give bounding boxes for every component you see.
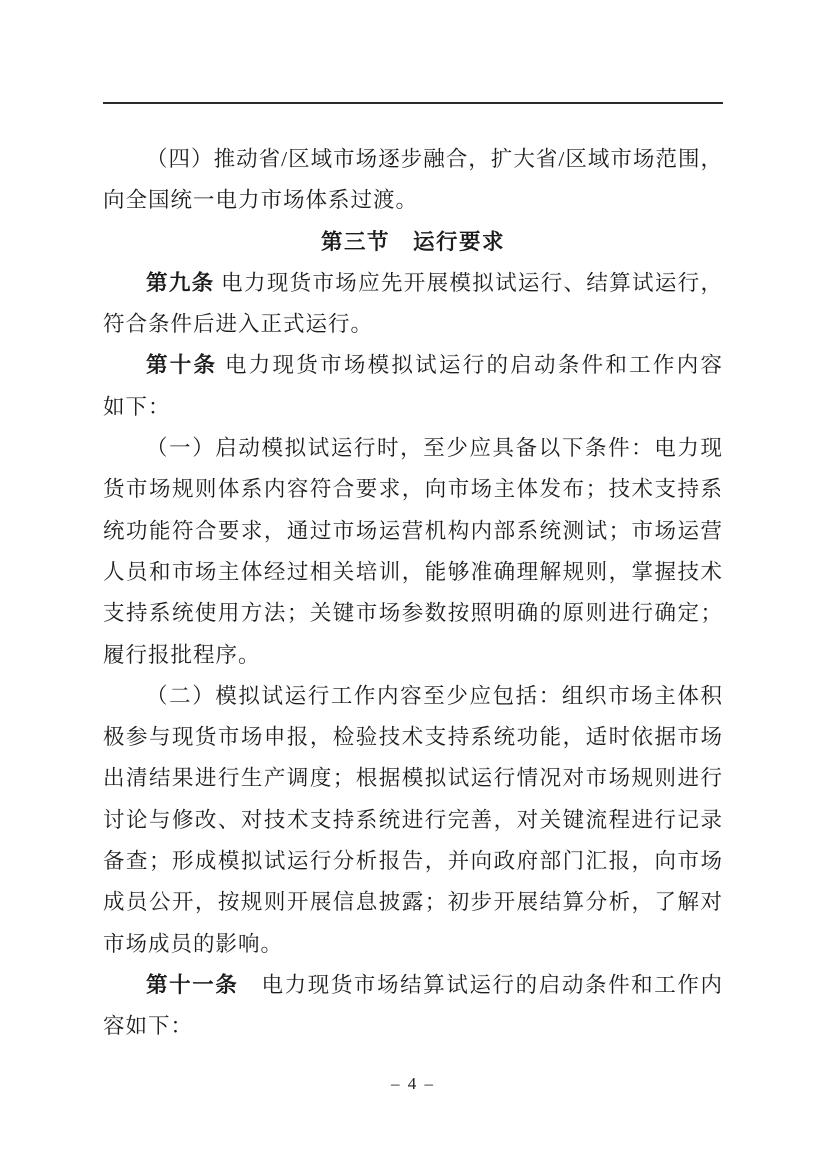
bold-text-segment: 第三节 运行要求	[321, 230, 505, 254]
text-line: 支持系统使用方法；关键市场参数按照明确的原则进行确定；	[103, 593, 723, 634]
text-segment: （一）启动模拟试运行时，至少应具备以下条件：电力现	[146, 436, 723, 460]
text-line: 统功能符合要求，通过市场运营机构内部系统测试；市场运营	[103, 511, 723, 552]
text-segment: 成员公开，按规则开展信息披露；初步开展结算分析，了解对	[103, 890, 723, 914]
text-segment: 货市场规则体系内容符合要求，向市场主体发布；技术支持系	[103, 477, 723, 501]
text-segment: 符合条件后进入正式运行。	[103, 312, 373, 336]
text-segment: 支持系统使用方法；关键市场参数按照明确的原则进行确定；	[103, 601, 723, 625]
text-segment: 备查；形成模拟试运行分析报告，并向政府部门汇报，向市场	[103, 849, 723, 873]
bold-text-segment: 第九条	[146, 271, 214, 295]
text-segment: 出清结果进行生产调度；根据模拟试运行情况对市场规则进行	[103, 766, 723, 790]
text-line: 极参与现货市场申报，检验技术支持系统功能，适时依据市场	[103, 717, 723, 758]
text-line: 第十一条 电力现货市场结算试运行的启动条件和工作内	[103, 965, 723, 1006]
text-segment: （二）模拟试运行工作内容至少应包括：组织市场主体积	[146, 684, 723, 708]
text-line: 备查；形成模拟试运行分析报告，并向政府部门汇报，向市场	[103, 841, 723, 882]
text-segment: 极参与现货市场申报，检验技术支持系统功能，适时依据市场	[103, 725, 723, 749]
text-line: 符合条件后进入正式运行。	[103, 304, 723, 345]
document-page: （四）推动省/区域市场逐步融合，扩大省/区域市场范围，向全国统一电力市场体系过渡…	[0, 0, 826, 1169]
text-segment: （四）推动省/区域市场逐步融合，扩大省/区域市场范围，	[146, 147, 723, 171]
text-line: 履行报批程序。	[103, 635, 723, 676]
text-segment: 电力现货市场模拟试运行的启动条件和工作内容	[217, 353, 723, 377]
text-segment: 人员和市场主体经过相关培训，能够准确理解规则，掌握技术	[103, 560, 723, 584]
document-body: （四）推动省/区域市场逐步融合，扩大省/区域市场范围，向全国统一电力市场体系过渡…	[103, 139, 723, 1048]
section-heading: 第三节 运行要求	[103, 222, 723, 263]
text-segment: 如下：	[103, 395, 171, 419]
text-segment: 统功能符合要求，通过市场运营机构内部系统测试；市场运营	[103, 519, 723, 543]
text-segment: 履行报批程序。	[103, 643, 261, 667]
text-line: 容如下：	[103, 1006, 723, 1047]
page-number: – 4 –	[0, 1074, 826, 1094]
text-line: 向全国统一电力市场体系过渡。	[103, 180, 723, 221]
text-segment: 市场成员的影响。	[103, 932, 283, 956]
text-line: 第十条 电力现货市场模拟试运行的启动条件和工作内容	[103, 345, 723, 386]
text-line: 出清结果进行生产调度；根据模拟试运行情况对市场规则进行	[103, 758, 723, 799]
header-rule	[103, 102, 723, 104]
text-segment: 向全国统一电力市场体系过渡。	[103, 188, 418, 212]
text-line: 市场成员的影响。	[103, 924, 723, 965]
text-line: 讨论与修改、对技术支持系统进行完善，对关键流程进行记录	[103, 800, 723, 841]
text-line: （四）推动省/区域市场逐步融合，扩大省/区域市场范围，	[103, 139, 723, 180]
text-segment: 电力现货市场结算试运行的启动条件和工作内	[238, 973, 723, 997]
bold-text-segment: 第十条	[146, 353, 217, 377]
text-line: 第九条 电力现货市场应先开展模拟试运行、结算试运行，	[103, 263, 723, 304]
text-segment: 电力现货市场应先开展模拟试运行、结算试运行，	[214, 271, 723, 295]
text-line: 如下：	[103, 387, 723, 428]
text-line: （一）启动模拟试运行时，至少应具备以下条件：电力现	[103, 428, 723, 469]
text-line: 货市场规则体系内容符合要求，向市场主体发布；技术支持系	[103, 469, 723, 510]
text-line: （二）模拟试运行工作内容至少应包括：组织市场主体积	[103, 676, 723, 717]
text-segment: 讨论与修改、对技术支持系统进行完善，对关键流程进行记录	[103, 808, 723, 832]
text-segment: 容如下：	[103, 1014, 193, 1038]
text-line: 成员公开，按规则开展信息披露；初步开展结算分析，了解对	[103, 882, 723, 923]
text-line: 人员和市场主体经过相关培训，能够准确理解规则，掌握技术	[103, 552, 723, 593]
bold-text-segment: 第十一条	[146, 973, 238, 997]
